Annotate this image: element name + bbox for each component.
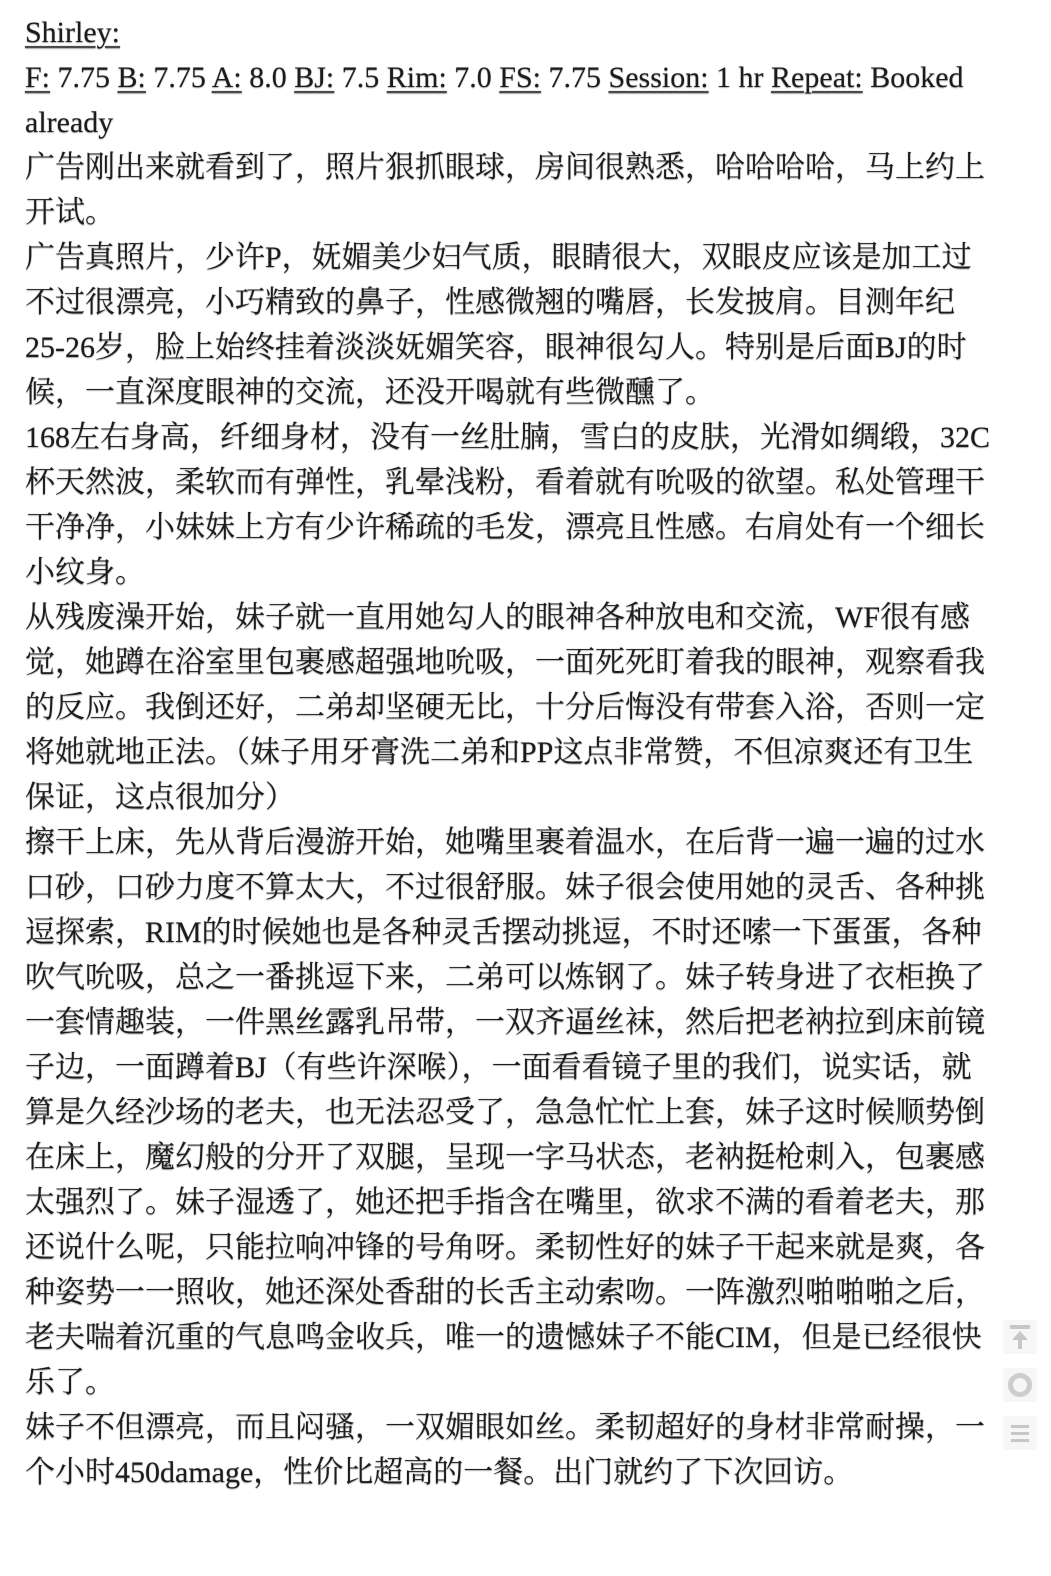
rating-fs-value: 7.75 [549,61,602,94]
rating-rim-label: Rim: [387,61,447,94]
rating-fs-label: FS: [499,61,541,94]
rating-b-label: B: [118,61,146,94]
rating-a: A: 8.0 [212,61,287,94]
rating-b: B: 7.75 [118,61,206,94]
menu-icon [1011,1425,1029,1442]
ring-button[interactable] [1003,1368,1037,1402]
rating-a-label: A: [212,61,242,94]
rating-session-value: 1 hr [716,61,764,94]
rating-bj-value: 7.5 [342,61,380,94]
ring-icon [1008,1373,1032,1397]
rating-a-value: 8.0 [249,61,287,94]
rating-fs: FS: 7.75 [499,61,601,94]
paragraph-2: 广告真照片，少许P，妩媚美少妇气质，眼睛很大，双眼皮应该是加工过不过很漂亮，小巧… [25,235,993,415]
rating-rim: Rim: 7.0 [387,61,492,94]
paragraph-6: 妹子不但漂亮，而且闷骚，一双媚眼如丝。柔韧超好的身材非常耐操，一个小时450da… [25,1405,993,1495]
rating-f-value: 7.75 [58,61,111,94]
paragraph-1: 广告刚出来就看到了，照片狠抓眼球，房间很熟悉，哈哈哈哈，马上约上开试。 [25,145,993,235]
rating-b-value: 7.75 [153,61,206,94]
document-page: Shirley: F: 7.75 B: 7.75 A: 8.0 BJ: 7.5 … [0,0,1051,1495]
rating-line: F: 7.75 B: 7.75 A: 8.0 BJ: 7.5 Rim: 7.0 … [25,55,1031,145]
rating-session: Session: 1 hr [609,61,764,94]
provider-name-line: Shirley: [25,10,1031,55]
rating-rim-value: 7.0 [454,61,492,94]
paragraph-5: 擦干上床，先从背后漫游开始，她嘴里裹着温水，在后背一遍一遍的过水口砂，口砂力度不… [25,820,993,1405]
rating-f: F: 7.75 [25,61,110,94]
rating-bj: BJ: 7.5 [294,61,379,94]
paragraph-4: 从残废澡开始，妹子就一直用她勾人的眼神各种放电和交流，WF很有感觉，她蹲在浴室里… [25,595,993,820]
paragraph-3: 168左右身高，纤细身材，没有一丝肚腩，雪白的皮肤，光滑如绸缎，32C杯天然波，… [25,415,993,595]
back-to-top-icon [1009,1325,1031,1349]
rating-session-label: Session: [609,61,709,94]
rating-repeat-label: Repeat: [771,61,863,94]
menu-button[interactable] [1003,1416,1037,1450]
rating-f-label: F: [25,61,50,94]
back-to-top-button[interactable] [1003,1320,1037,1354]
provider-name: Shirley: [25,16,120,49]
rating-bj-label: BJ: [294,61,334,94]
floating-toolbar [1001,1320,1039,1450]
